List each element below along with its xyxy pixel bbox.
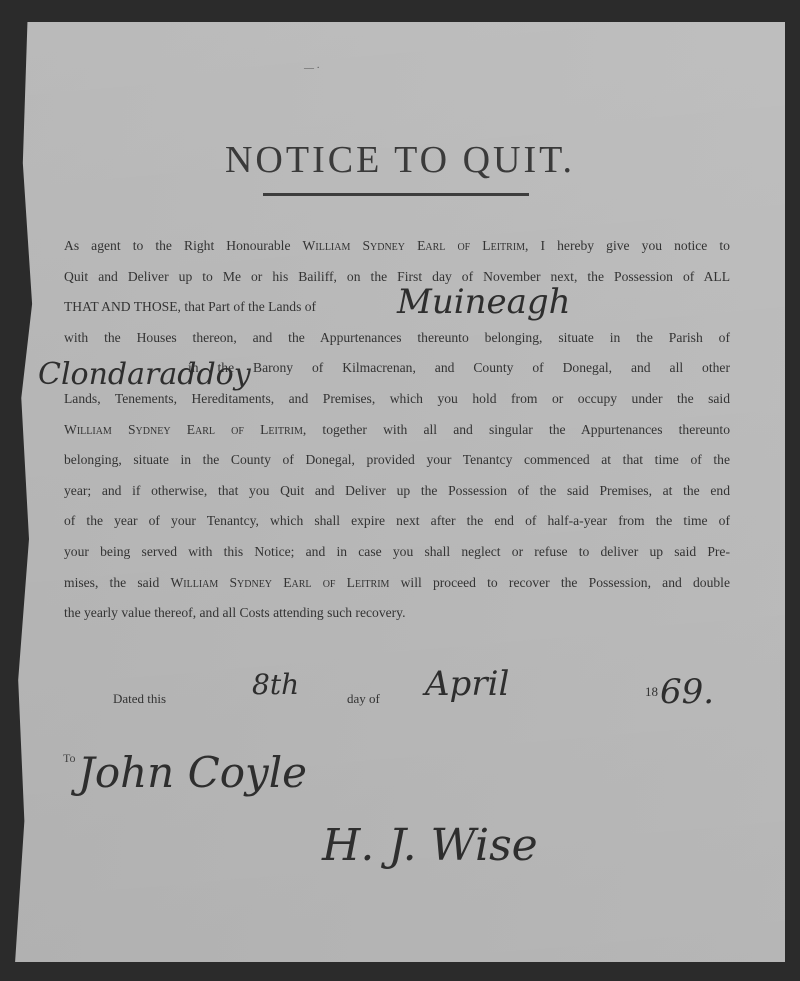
text: , I hereby give you notice to [525, 238, 730, 253]
earl-name: William Sydney Earl of Leitrim [64, 422, 303, 437]
body-line: the yearly value thereof, and all Costs … [64, 598, 730, 629]
body-line: year; and if otherwise, that you Quit an… [64, 476, 730, 507]
day-of-label: day of [347, 691, 380, 707]
handwritten-year: 69. [660, 672, 714, 712]
earl-name: William Sydney Earl of Leitrim [303, 238, 526, 253]
handwritten-month: April [425, 664, 509, 704]
text: mises, the said [64, 575, 170, 590]
dated-label: Dated this [113, 691, 166, 707]
body-line: mises, the said William Sydney Earl of L… [64, 568, 730, 599]
title-rule [263, 193, 529, 196]
body-line: your being served with this Notice; and … [64, 537, 730, 568]
body-line: As agent to the Right Honourable William… [64, 231, 730, 262]
handwritten-day: 8th [252, 668, 299, 701]
body-line: with the Houses thereon, and the Appurte… [64, 323, 730, 354]
handwritten-signature: H. J. Wise [322, 820, 538, 871]
text: will proceed to recover the Possession, … [389, 575, 730, 590]
body-line: William Sydney Earl of Leitrim, together… [64, 415, 730, 446]
body-line: belonging, situate in the County of Done… [64, 445, 730, 476]
text: As agent to the Right Honourable [64, 238, 303, 253]
handwritten-parish: Clondaraddoy [38, 357, 251, 392]
to-label: To [63, 751, 76, 766]
body-line: of the year of your Tenantcy, which shal… [64, 506, 730, 537]
year-prefix: 18 [645, 684, 658, 700]
handwritten-recipient: John Coyle [78, 748, 307, 797]
handwritten-lands: Muineagh [397, 282, 571, 322]
top-marks: — · [304, 63, 320, 74]
text: , together with all and singular the App… [303, 422, 730, 437]
document-title: NOTICE TO QUIT. [0, 138, 800, 182]
earl-name: William Sydney Earl of Leitrim [170, 575, 389, 590]
